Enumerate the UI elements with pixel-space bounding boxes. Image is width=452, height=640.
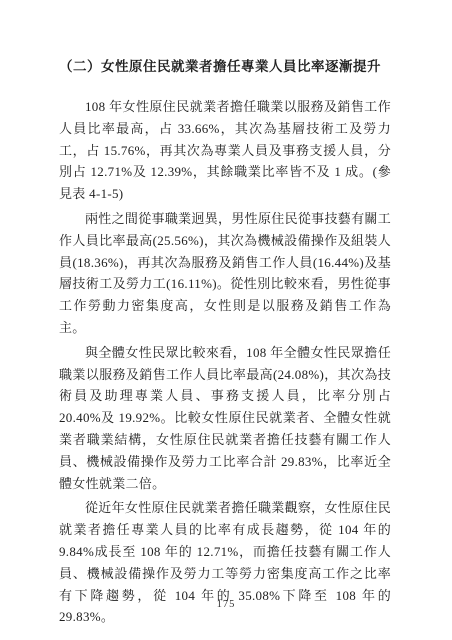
body-paragraph-2: 兩性之間從事職業迥異，男性原住民從事技藝有關工作人員比率最高(25.56%)，其… [59, 208, 391, 339]
body-paragraph-1: 108 年女性原住民就業者擔任職業以服務及銷售工作人員比率最高，占 33.66%… [59, 96, 391, 205]
body-paragraph-3: 與全體女性民眾比較來看，108 年全體女性民眾擔任職業以服務及銷售工作人員比率最… [59, 342, 391, 495]
document-page: （二）女性原住民就業者擔任專業人員比率逐漸提升 108 年女性原住民就業者擔任職… [0, 0, 452, 640]
section-heading: （二）女性原住民就業者擔任專業人員比率逐漸提升 [59, 58, 391, 76]
document-content: （二）女性原住民就業者擔任專業人員比率逐漸提升 108 年女性原住民就業者擔任職… [59, 58, 391, 631]
page-number: 175 [0, 599, 452, 610]
